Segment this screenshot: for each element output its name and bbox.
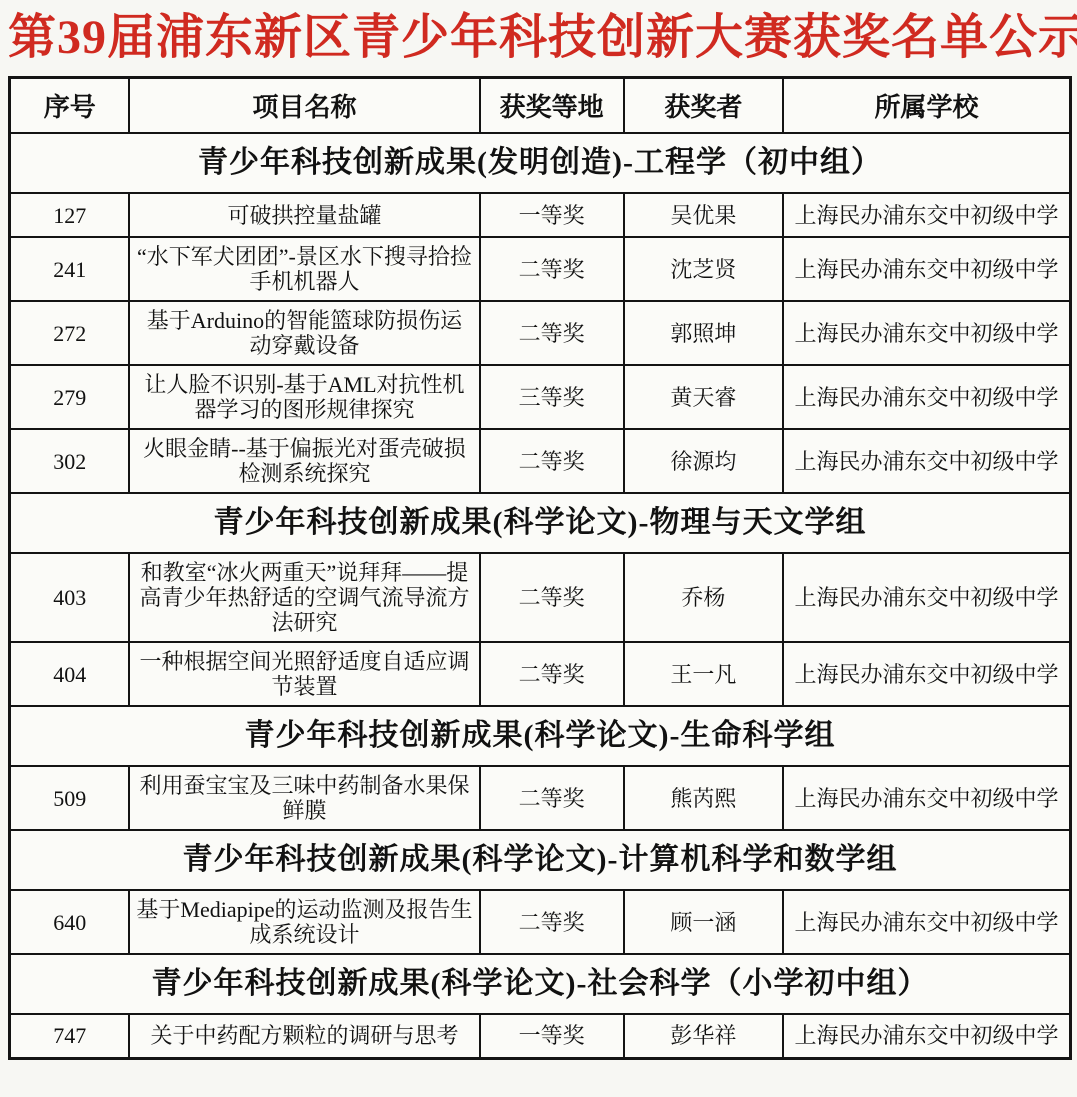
cell-project: 让人脸不识别-基于AML对抗性机器学习的图形规律探究 [129,365,479,429]
cell-project: 关于中药配方颗粒的调研与思考 [129,1014,479,1058]
cell-award: 二等奖 [480,553,624,642]
cell-project: 可破拱控量盐罐 [129,193,479,237]
column-header-award: 获奖等地 [480,78,624,134]
cell-project: 和教室“冰火两重天”说拜拜——提高青少年热舒适的空调气流导流方法研究 [129,553,479,642]
cell-winner: 顾一涵 [624,890,783,954]
cell-school: 上海民办浦东交中初级中学 [783,1014,1071,1058]
section-title: 青少年科技创新成果(科学论文)-计算机科学和数学组 [10,830,1071,890]
cell-project: “水下军犬团团”-景区水下搜寻拾捡手机机器人 [129,237,479,301]
cell-project: 一种根据空间光照舒适度自适应调节装置 [129,642,479,706]
cell-school: 上海民办浦东交中初级中学 [783,429,1071,493]
cell-index: 747 [10,1014,130,1058]
page: 第39届浦东新区青少年科技创新大赛获奖名单公示 序号 项目名称 获奖等地 获奖者… [0,0,1077,1097]
cell-index: 640 [10,890,130,954]
table-row: 272基于Arduino的智能篮球防损伤运动穿戴设备二等奖郭照坤上海民办浦东交中… [10,301,1071,365]
cell-school: 上海民办浦东交中初级中学 [783,890,1071,954]
cell-school: 上海民办浦东交中初级中学 [783,193,1071,237]
page-title: 第39届浦东新区青少年科技创新大赛获奖名单公示 [8,6,1072,70]
cell-school: 上海民办浦东交中初级中学 [783,553,1071,642]
cell-award: 一等奖 [480,1014,624,1058]
cell-index: 302 [10,429,130,493]
table-header-row: 序号 项目名称 获奖等地 获奖者 所属学校 [10,78,1071,134]
cell-winner: 吴优果 [624,193,783,237]
cell-award: 二等奖 [480,642,624,706]
section-title: 青少年科技创新成果(科学论文)-生命科学组 [10,706,1071,766]
section-title: 青少年科技创新成果(发明创造)-工程学（初中组） [10,133,1071,193]
cell-winner: 彭华祥 [624,1014,783,1058]
section-title: 青少年科技创新成果(科学论文)-社会科学（小学初中组） [10,954,1071,1014]
cell-school: 上海民办浦东交中初级中学 [783,642,1071,706]
cell-school: 上海民办浦东交中初级中学 [783,766,1071,830]
table-row: 747关于中药配方颗粒的调研与思考一等奖彭华祥上海民办浦东交中初级中学 [10,1014,1071,1058]
cell-index: 279 [10,365,130,429]
cell-winner: 王一凡 [624,642,783,706]
cell-award: 二等奖 [480,890,624,954]
cell-award: 三等奖 [480,365,624,429]
cell-project: 基于Mediapipe的运动监测及报告生成系统设计 [129,890,479,954]
table-row: 509利用蚕宝宝及三味中药制备水果保鲜膜二等奖熊芮熙上海民办浦东交中初级中学 [10,766,1071,830]
awards-table-body: 青少年科技创新成果(发明创造)-工程学（初中组）127可破拱控量盐罐一等奖吴优果… [10,133,1071,1058]
cell-award: 二等奖 [480,766,624,830]
cell-award: 二等奖 [480,301,624,365]
cell-winner: 黄天睿 [624,365,783,429]
table-row: 241“水下军犬团团”-景区水下搜寻拾捡手机机器人二等奖沈芝贤上海民办浦东交中初… [10,237,1071,301]
cell-project: 基于Arduino的智能篮球防损伤运动穿戴设备 [129,301,479,365]
cell-index: 272 [10,301,130,365]
section-header-row: 青少年科技创新成果(科学论文)-社会科学（小学初中组） [10,954,1071,1014]
table-row: 127可破拱控量盐罐一等奖吴优果上海民办浦东交中初级中学 [10,193,1071,237]
cell-project: 火眼金睛--基于偏振光对蛋壳破损检测系统探究 [129,429,479,493]
cell-award: 一等奖 [480,193,624,237]
cell-school: 上海民办浦东交中初级中学 [783,237,1071,301]
cell-index: 404 [10,642,130,706]
column-header-index: 序号 [10,78,130,134]
table-row: 403和教室“冰火两重天”说拜拜——提高青少年热舒适的空调气流导流方法研究二等奖… [10,553,1071,642]
cell-school: 上海民办浦东交中初级中学 [783,365,1071,429]
awards-table: 序号 项目名称 获奖等地 获奖者 所属学校 青少年科技创新成果(发明创造)-工程… [8,76,1072,1060]
cell-index: 127 [10,193,130,237]
cell-award: 二等奖 [480,429,624,493]
cell-school: 上海民办浦东交中初级中学 [783,301,1071,365]
table-row: 640基于Mediapipe的运动监测及报告生成系统设计二等奖顾一涵上海民办浦东… [10,890,1071,954]
cell-winner: 郭照坤 [624,301,783,365]
column-header-project: 项目名称 [129,78,479,134]
cell-project: 利用蚕宝宝及三味中药制备水果保鲜膜 [129,766,479,830]
column-header-winner: 获奖者 [624,78,783,134]
table-row: 404一种根据空间光照舒适度自适应调节装置二等奖王一凡上海民办浦东交中初级中学 [10,642,1071,706]
section-header-row: 青少年科技创新成果(科学论文)-生命科学组 [10,706,1071,766]
table-row: 279让人脸不识别-基于AML对抗性机器学习的图形规律探究三等奖黄天睿上海民办浦… [10,365,1071,429]
cell-award: 二等奖 [480,237,624,301]
section-header-row: 青少年科技创新成果(科学论文)-计算机科学和数学组 [10,830,1071,890]
cell-winner: 沈芝贤 [624,237,783,301]
cell-winner: 熊芮熙 [624,766,783,830]
section-title: 青少年科技创新成果(科学论文)-物理与天文学组 [10,493,1071,553]
column-header-school: 所属学校 [783,78,1071,134]
cell-index: 241 [10,237,130,301]
section-header-row: 青少年科技创新成果(发明创造)-工程学（初中组） [10,133,1071,193]
cell-index: 403 [10,553,130,642]
cell-winner: 乔杨 [624,553,783,642]
table-row: 302火眼金睛--基于偏振光对蛋壳破损检测系统探究二等奖徐源均上海民办浦东交中初… [10,429,1071,493]
section-header-row: 青少年科技创新成果(科学论文)-物理与天文学组 [10,493,1071,553]
cell-winner: 徐源均 [624,429,783,493]
cell-index: 509 [10,766,130,830]
